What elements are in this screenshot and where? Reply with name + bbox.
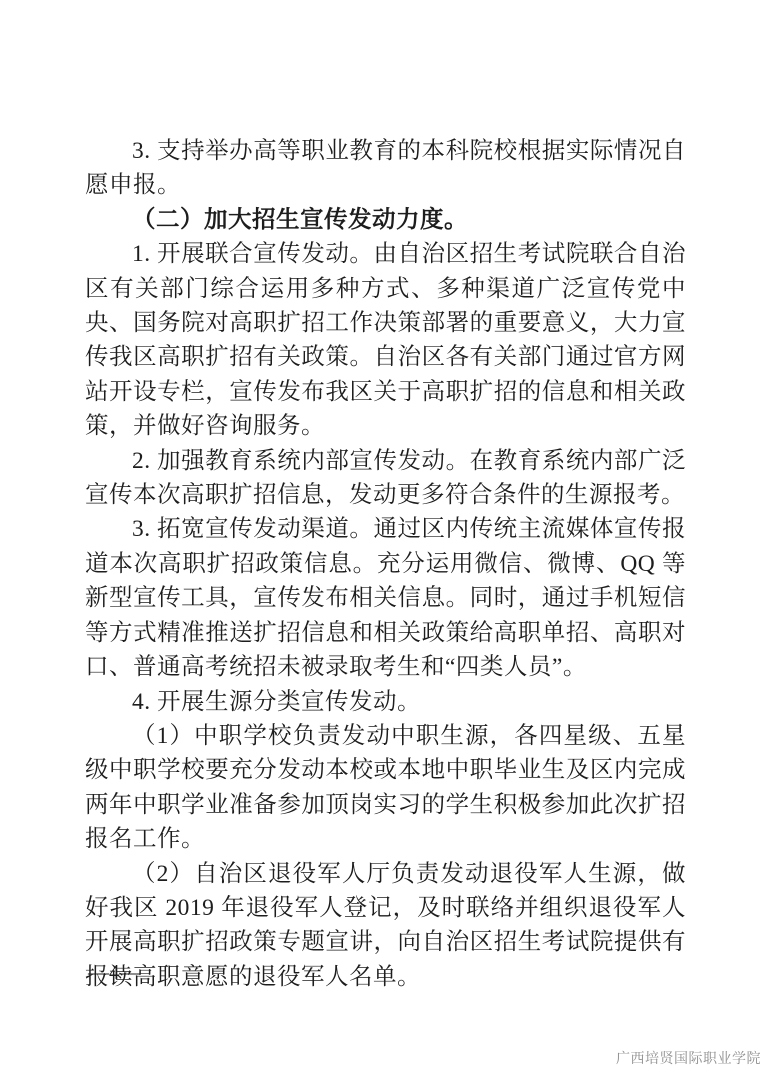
paragraph-subitem-2: （2）自治区退役军人厅负责发动退役军人生源，做好我区 2019 年退役军人登记，… [85, 857, 686, 995]
document-body: 3. 支持举办高等职业教育的本科院校根据实际情况自愿申报。 （二）加大招生宣传发… [85, 134, 686, 994]
paragraph-point-3: 3. 支持举办高等职业教育的本科院校根据实际情况自愿申报。 [85, 134, 686, 203]
paragraph-item-3: 3. 拓宽宣传发动渠道。通过区内传统主流媒体宣传报道本次高职扩招政策信息。充分运… [85, 512, 686, 684]
paragraph-item-1: 1. 开展联合宣传发动。由自治区招生考试院联合自治区有关部门综合运用多种方式、多… [85, 237, 686, 443]
document-page: 3. 支持举办高等职业教育的本科院校根据实际情况自愿申报。 （二）加大招生宣传发… [0, 0, 764, 1080]
paragraph-item-4: 4. 开展生源分类宣传发动。 [85, 685, 686, 719]
page-number: —4— [88, 960, 141, 985]
paragraph-subitem-1: （1）中职学校负责发动中职生源，各四星级、五星级中职学校要充分发动本校或本地中职… [85, 719, 686, 857]
watermark-college-name: 广西培贤国际职业学院 [616, 1048, 761, 1068]
paragraph-item-2: 2. 加强教育系统内部宣传发动。在教育系统内部广泛宣传本次高职扩招信息，发动更多… [85, 444, 686, 513]
section-heading-2: （二）加大招生宣传发动力度。 [85, 203, 686, 237]
